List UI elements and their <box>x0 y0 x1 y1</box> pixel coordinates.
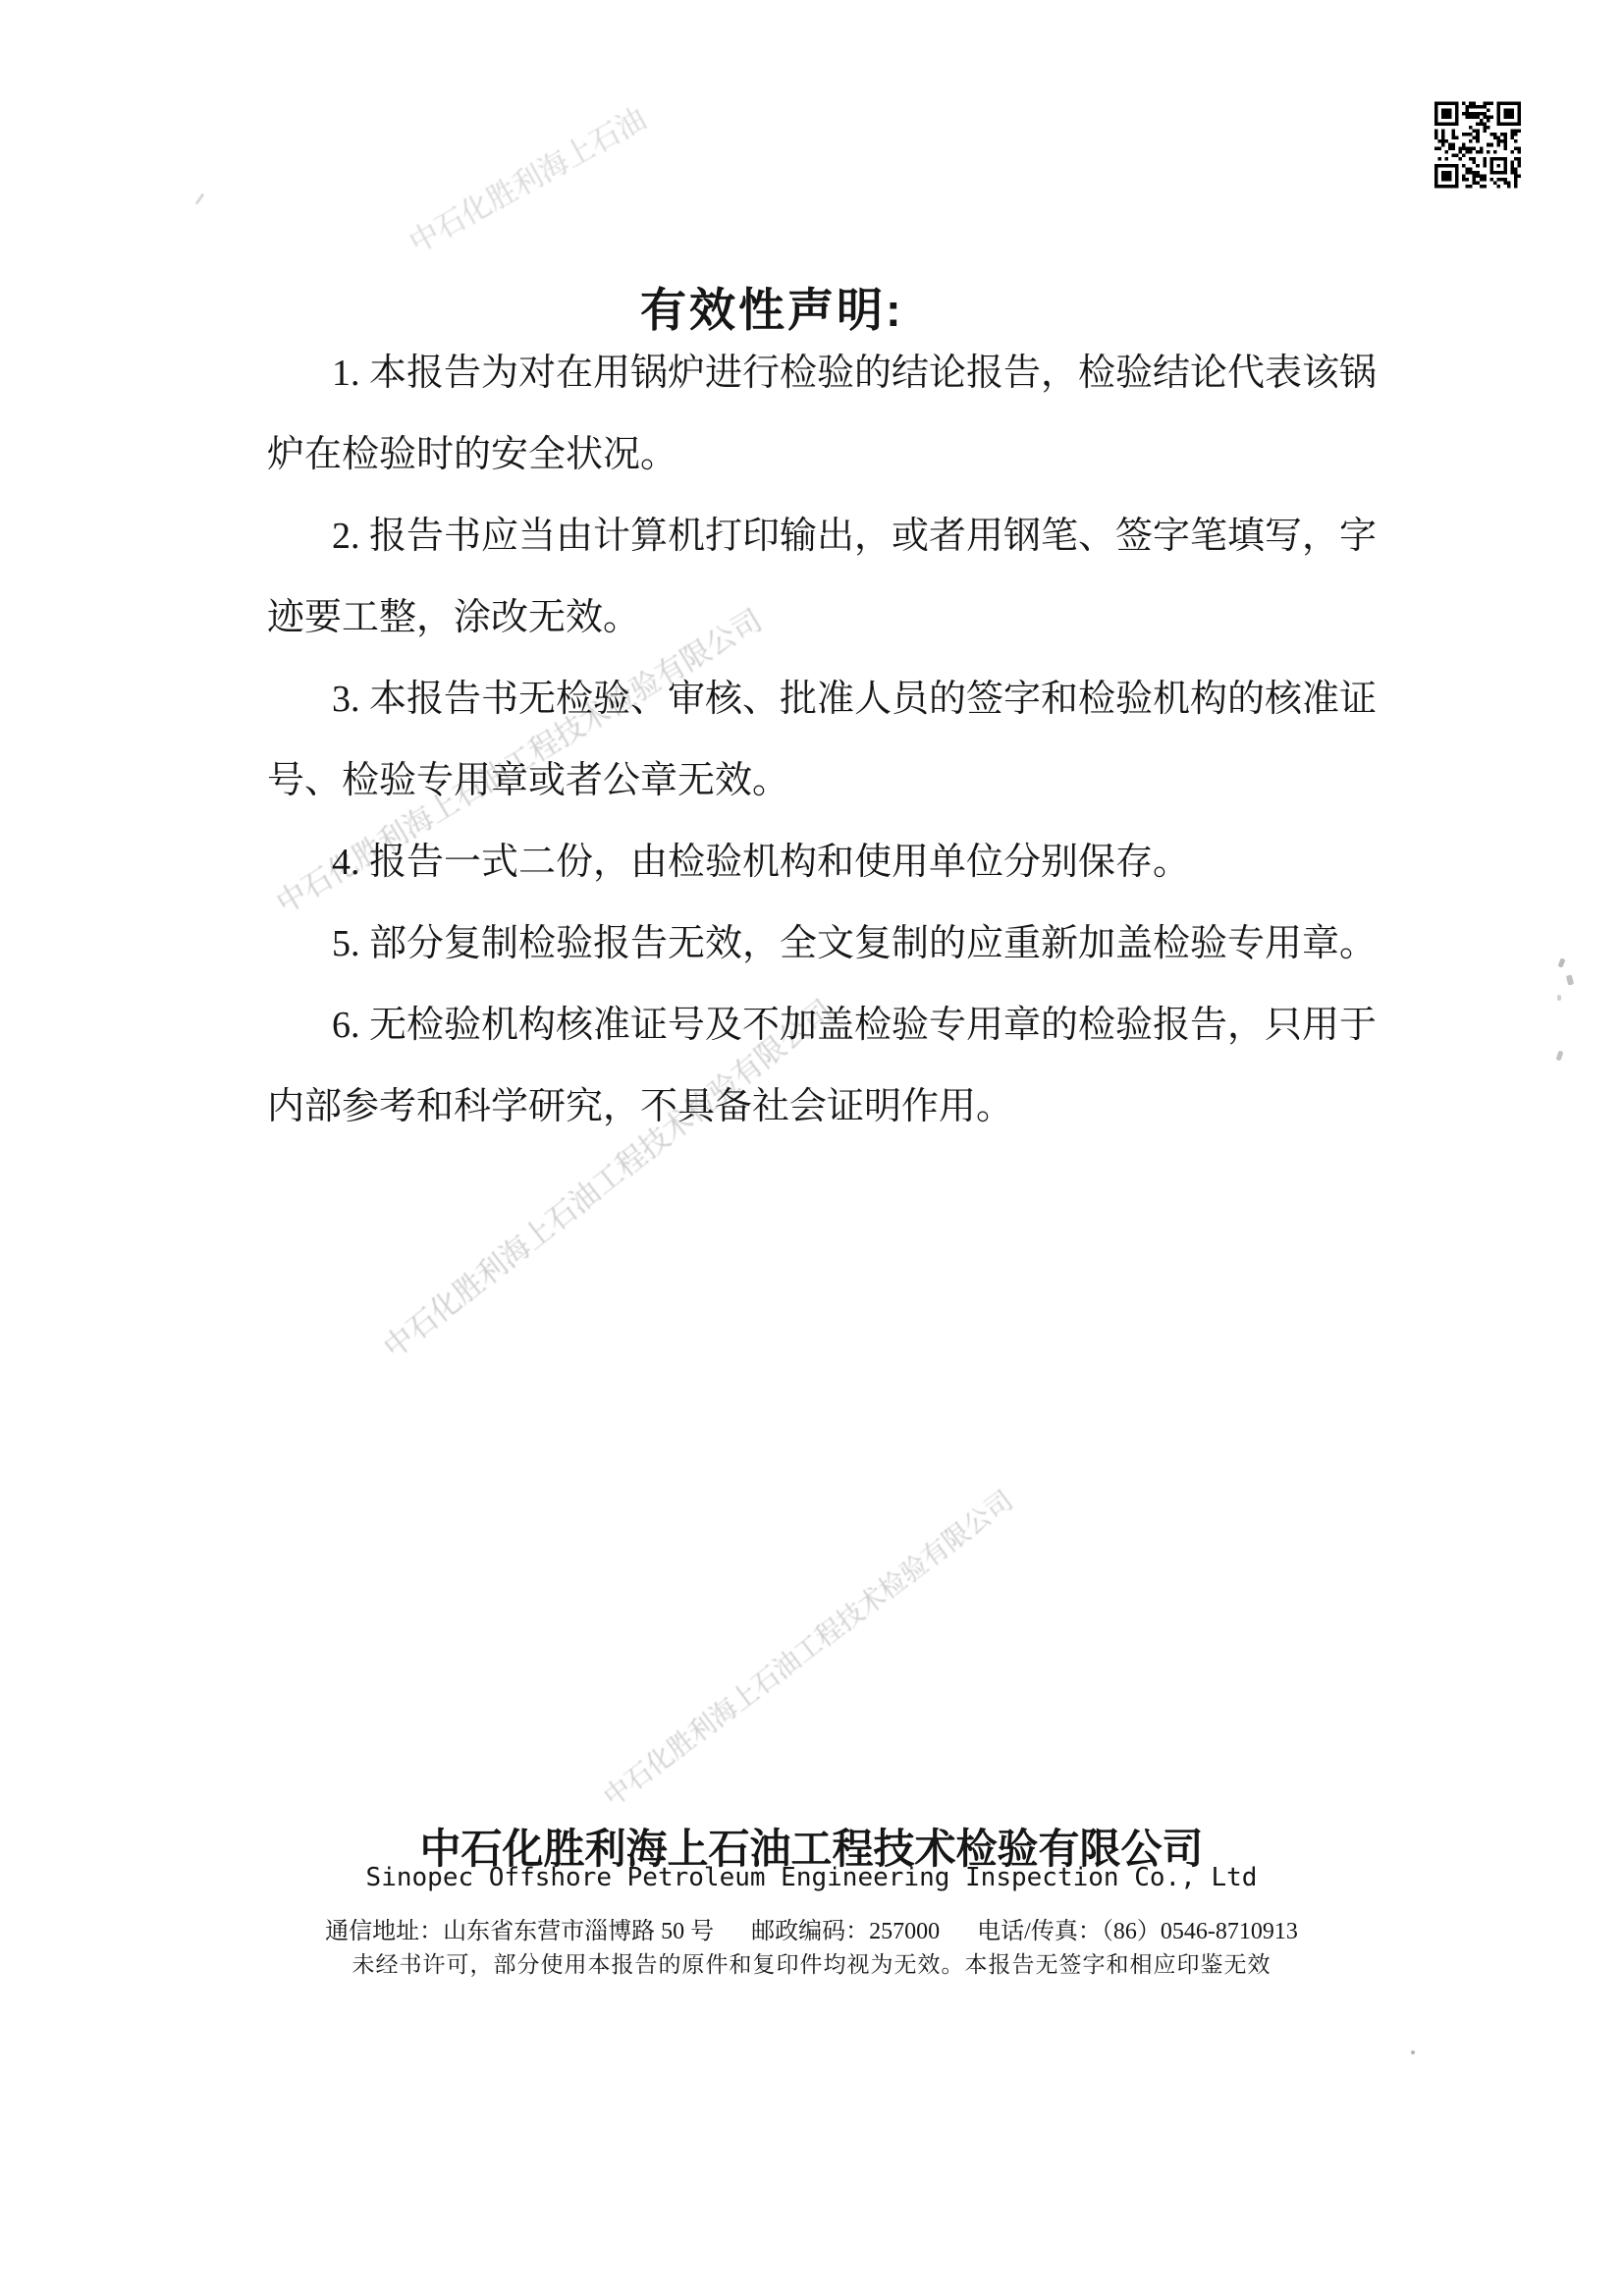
watermark-fragment: 中石化胜利海上石油 <box>400 95 652 261</box>
statement-line: 5. 部分复制检验报告无效，全文复制的应重新加盖检验专用章。 <box>332 912 1377 966</box>
statement-line: 炉在检验时的安全状况。 <box>267 423 677 477</box>
statement-line: 6. 无检验机构核准证号及不加盖检验专用章的检验报告，只用于 <box>332 994 1377 1048</box>
scanned-report-validity-page: 中石化胜利海上石油 中石化胜利海上石油工程技术检验有限公司 中石化胜利海上石油工… <box>0 0 1623 2296</box>
statement-line: 4. 报告一式二份，由检验机构和使用单位分别保存。 <box>332 831 1190 885</box>
statement-line: 内部参考和科学研究，不具备社会证明作用。 <box>267 1075 1013 1129</box>
contact-postcode: 邮政编码：257000 <box>751 1919 940 1944</box>
watermark-band: 中石化胜利海上石油工程技术检验有限公司 <box>594 1480 1019 1814</box>
statement-line: 2. 报告书应当由计算机打印输出，或者用钢笔、签字笔填写，字 <box>332 505 1377 559</box>
statement-line: 号、检验专用章或者公章无效。 <box>267 749 789 803</box>
contact-phone: 电话/传真：（86）0546-8710913 <box>977 1919 1298 1944</box>
scan-speck <box>1566 974 1574 985</box>
copy-notice-line: 未经书许可，部分使用本报告的原件和复印件均视为无效。本报告无签字和相应印鉴无效 <box>0 1946 1623 1979</box>
statement-line: 1. 本报告为对在用锅炉进行检验的结论报告，检验结论代表该锅 <box>332 342 1377 396</box>
contact-line: 通信地址：山东省东营市淄博路 50 号邮政编码：257000电话/传真：（86）… <box>0 1911 1623 1945</box>
statement-line: 3. 本报告书无检验、审核、批准人员的签字和检验机构的核准证 <box>332 668 1377 722</box>
scan-speck <box>1556 1050 1564 1061</box>
statement-title: 有效性声明: <box>640 274 904 340</box>
company-name-en: Sinopec Offshore Petroleum Engineering I… <box>0 1863 1623 1892</box>
scan-speck <box>1557 957 1565 967</box>
scan-speck <box>195 192 205 204</box>
qr-code <box>1434 100 1521 190</box>
contact-address: 通信地址：山东省东营市淄博路 50 号 <box>325 1919 714 1944</box>
statement-line: 迹要工整，涂改无效。 <box>267 586 640 640</box>
scan-speck <box>1557 995 1561 1001</box>
scan-speck <box>1411 2050 1415 2054</box>
